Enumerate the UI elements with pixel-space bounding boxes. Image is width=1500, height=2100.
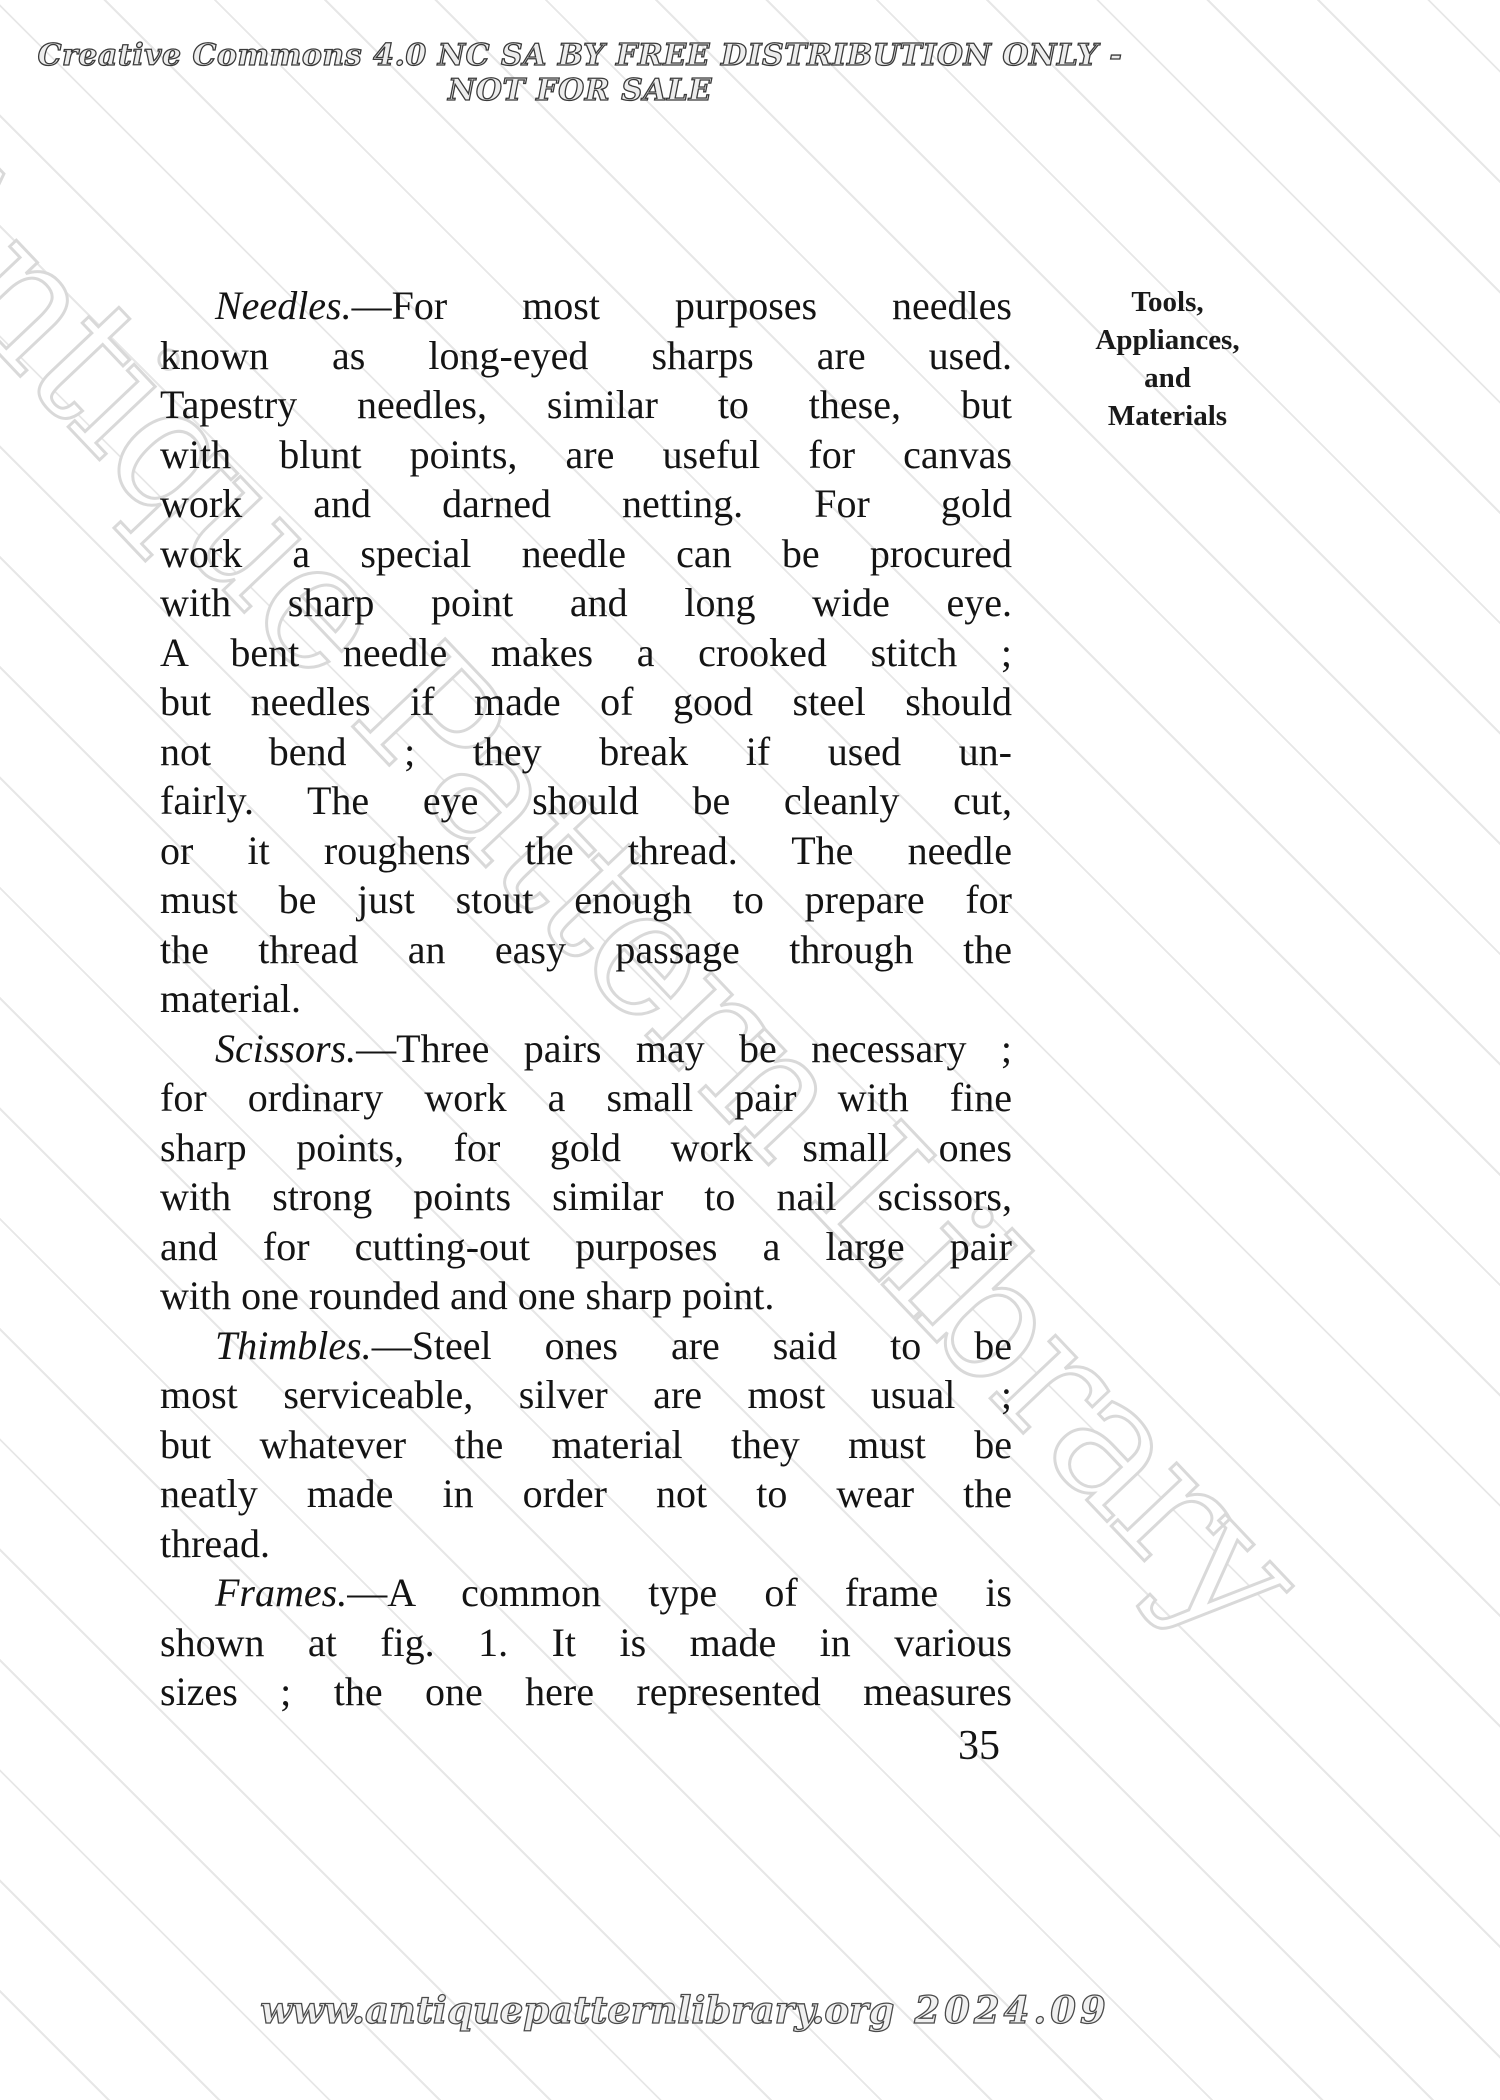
margin-note: Tools,Appliances,andMaterials [1055, 283, 1280, 435]
paragraph-lead-word: Scissors. [215, 1026, 356, 1071]
body-line: work and darned netting. For gold [160, 479, 1012, 529]
page-number: 35 [160, 1722, 1012, 1770]
body-line: fairly. The eye should be cleanly cut, [160, 776, 1012, 826]
body-line: sizes ; the one here represented measure… [160, 1667, 1012, 1717]
margin-note-line: and [1055, 359, 1280, 397]
body-line: most serviceable, silver are most usual … [160, 1370, 1012, 1420]
body-line: Frames.—A common type of frame is [160, 1568, 1012, 1618]
body-line: but needles if made of good steel should [160, 677, 1012, 727]
body-line: Tapestry needles, similar to these, but [160, 380, 1012, 430]
margin-note-line: Tools, [1055, 283, 1280, 321]
body-line: A bent needle makes a crooked stitch ; [160, 628, 1012, 678]
body-line: known as long-eyed sharps are used. [160, 331, 1012, 381]
body-line: with blunt points, are useful for canvas [160, 430, 1012, 480]
body-text-column: Needles.—For most purposes needlesknown … [160, 281, 1012, 1717]
body-line: for ordinary work a small pair with fine [160, 1073, 1012, 1123]
body-line: shown at fig. 1. It is made in various [160, 1618, 1012, 1668]
body-line: or it roughens the thread. The needle [160, 826, 1012, 876]
scanned-book-page: Antique Pattern Library Creative Commons… [0, 0, 1500, 2100]
body-line: not bend ; they break if used un- [160, 727, 1012, 777]
footer-credit: www.antiquepatternlibrary.org2024.09 [260, 1988, 1110, 2032]
paragraph-lead-word: Needles. [215, 283, 352, 328]
body-line: neatly made in order not to wear the [160, 1469, 1012, 1519]
body-line: with strong points similar to nail sciss… [160, 1172, 1012, 1222]
body-line: thread. [160, 1519, 1012, 1569]
body-line: and for cutting-out purposes a large pai… [160, 1222, 1012, 1272]
footer-edition: 2024.09 [914, 1988, 1109, 2032]
body-line: the thread an easy passage through the [160, 925, 1012, 975]
margin-note-line: Appliances, [1055, 321, 1280, 359]
body-line: Scissors.—Three pairs may be necessary ; [160, 1024, 1012, 1074]
body-line: but whatever the material they must be [160, 1420, 1012, 1470]
margin-note-line: Materials [1055, 397, 1280, 435]
body-line: with sharp point and long wide eye. [160, 578, 1012, 628]
body-line: Needles.—For most purposes needles [160, 281, 1012, 331]
body-line: work a special needle can be procured [160, 529, 1012, 579]
body-line: must be just stout enough to prepare for [160, 875, 1012, 925]
body-line: Thimbles.—Steel ones are said to be [160, 1321, 1012, 1371]
license-header: Creative Commons 4.0 NC SA BY FREE DISTR… [0, 38, 1160, 108]
paragraph-lead-word: Thimbles. [215, 1323, 372, 1368]
paragraph-lead-word: Frames. [215, 1570, 347, 1615]
body-line: sharp points, for gold work small ones [160, 1123, 1012, 1173]
footer-url: www.antiquepatternlibrary.org [260, 1988, 894, 2032]
body-line: with one rounded and one sharp point. [160, 1271, 1012, 1321]
body-line: material. [160, 974, 1012, 1024]
